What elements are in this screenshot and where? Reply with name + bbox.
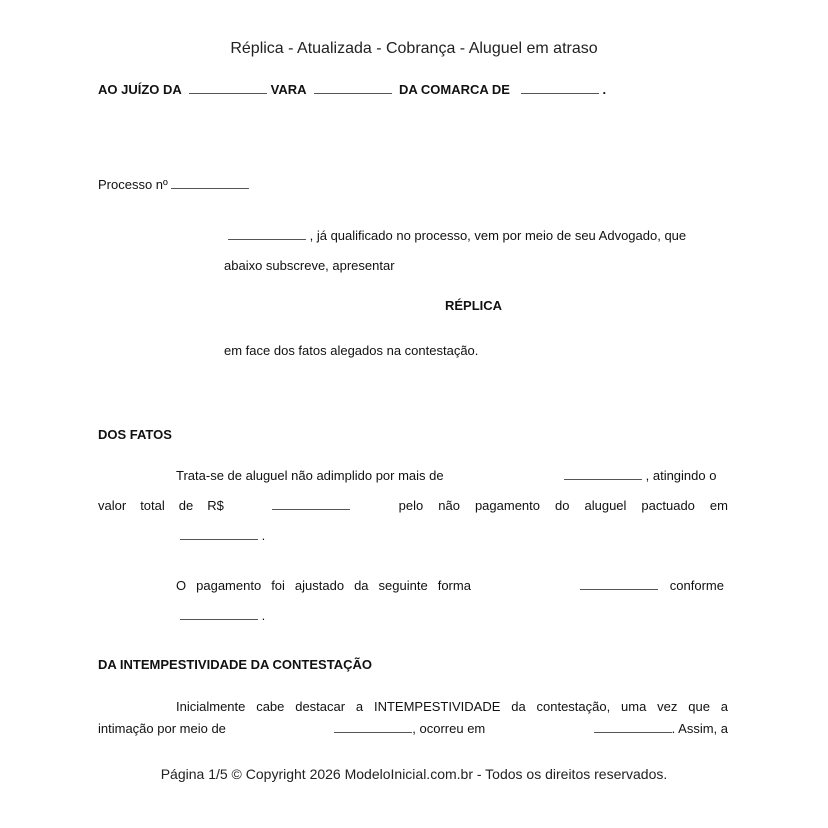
fatos-text: conforme bbox=[670, 578, 724, 593]
word: O bbox=[176, 578, 186, 593]
blank-field[interactable] bbox=[334, 721, 412, 733]
blank-field[interactable] bbox=[228, 228, 306, 240]
blank-field[interactable] bbox=[580, 578, 658, 590]
fatos-p1-line1-a: Trata-se de aluguel não adimplido por ma… bbox=[176, 468, 444, 483]
blank-field[interactable] bbox=[272, 498, 350, 510]
blank-field[interactable] bbox=[564, 468, 642, 480]
header-text: AO JUÍZO DA bbox=[98, 82, 182, 97]
processo-line: Processo nº bbox=[98, 177, 249, 192]
word: pagamento bbox=[196, 578, 261, 593]
word: da bbox=[354, 578, 368, 593]
intemp-text: . Assim, a bbox=[672, 721, 728, 736]
blank-field[interactable] bbox=[180, 528, 258, 540]
blank-field[interactable] bbox=[171, 177, 249, 189]
word: pagamento bbox=[475, 498, 540, 513]
fatos-p2-line1: Opagamentofoiajustadodaseguinteforma con… bbox=[176, 578, 724, 593]
word: R$ bbox=[207, 498, 224, 513]
intemp-text: intimação por meio de bbox=[98, 721, 226, 736]
word: de bbox=[179, 498, 193, 513]
fatos-p1-line2: valortotaldeR$ pelonãopagamentodoaluguel… bbox=[98, 498, 728, 513]
word: forma bbox=[438, 578, 471, 593]
blank-field[interactable] bbox=[314, 82, 392, 94]
header-text: VARA bbox=[271, 82, 307, 97]
word: em bbox=[710, 498, 728, 513]
blank-field[interactable] bbox=[180, 608, 258, 620]
processo-label: Processo nº bbox=[98, 177, 168, 192]
header-text: DA COMARCA DE bbox=[399, 82, 510, 97]
fatos-p1-line3: . bbox=[180, 528, 265, 543]
fatos-p2-line2: . bbox=[180, 608, 265, 623]
fatos-text-group: valortotaldeR$ bbox=[98, 498, 224, 513]
page-footer: Página 1/5 © Copyright 2026 ModeloInicia… bbox=[0, 766, 828, 782]
intemp-line2: intimação por meio de , ocorreu em . Ass… bbox=[98, 721, 728, 736]
intemp-text-group: , ocorreu em bbox=[334, 721, 485, 736]
blank-field[interactable] bbox=[521, 82, 599, 94]
section-heading-intempestividade: DA INTEMPESTIVIDADE DA CONTESTAÇÃO bbox=[98, 657, 372, 672]
word: total bbox=[140, 498, 165, 513]
word: não bbox=[438, 498, 460, 513]
intemp-text-group: . Assim, a bbox=[594, 721, 728, 736]
intro-line-2: abaixo subscreve, apresentar bbox=[224, 258, 395, 273]
word: aluguel bbox=[584, 498, 626, 513]
fatos-text-group: conforme bbox=[580, 578, 724, 593]
intro-line-3: em face dos fatos alegados na contestaçã… bbox=[224, 343, 478, 358]
intemp-line1: Inicialmente cabe destacar a INTEMPESTIV… bbox=[176, 699, 728, 714]
fatos-text: . bbox=[262, 608, 266, 623]
fatos-text: . bbox=[262, 528, 266, 543]
intro-line-1: , já qualificado no processo, vem por me… bbox=[228, 228, 728, 243]
fatos-text: , atingindo o bbox=[646, 468, 717, 483]
intemp-text: , ocorreu em bbox=[412, 721, 485, 736]
fatos-text-group: Opagamentofoiajustadodaseguinteforma bbox=[176, 578, 471, 593]
blank-field[interactable] bbox=[189, 82, 267, 94]
fatos-text-group: pelonãopagamentodoaluguelpactuadoem bbox=[399, 498, 728, 513]
document-title: Réplica - Atualizada - Cobrança - Alugue… bbox=[0, 40, 828, 58]
court-header: AO JUÍZO DA VARA DA COMARCA DE . bbox=[98, 82, 606, 97]
word: do bbox=[555, 498, 569, 513]
word: valor bbox=[98, 498, 126, 513]
section-heading-fatos: DOS FATOS bbox=[98, 427, 172, 442]
word: foi bbox=[271, 578, 285, 593]
intro-text: , já qualificado no processo, vem por me… bbox=[310, 228, 687, 243]
word: ajustado bbox=[295, 578, 344, 593]
fatos-p1-line1-b: , atingindo o bbox=[564, 468, 716, 483]
word: seguinte bbox=[379, 578, 428, 593]
header-text: . bbox=[602, 82, 606, 97]
blank-field[interactable] bbox=[594, 721, 672, 733]
replica-heading: RÉPLICA bbox=[445, 298, 502, 313]
word: pelo bbox=[399, 498, 424, 513]
word: pactuado bbox=[641, 498, 695, 513]
